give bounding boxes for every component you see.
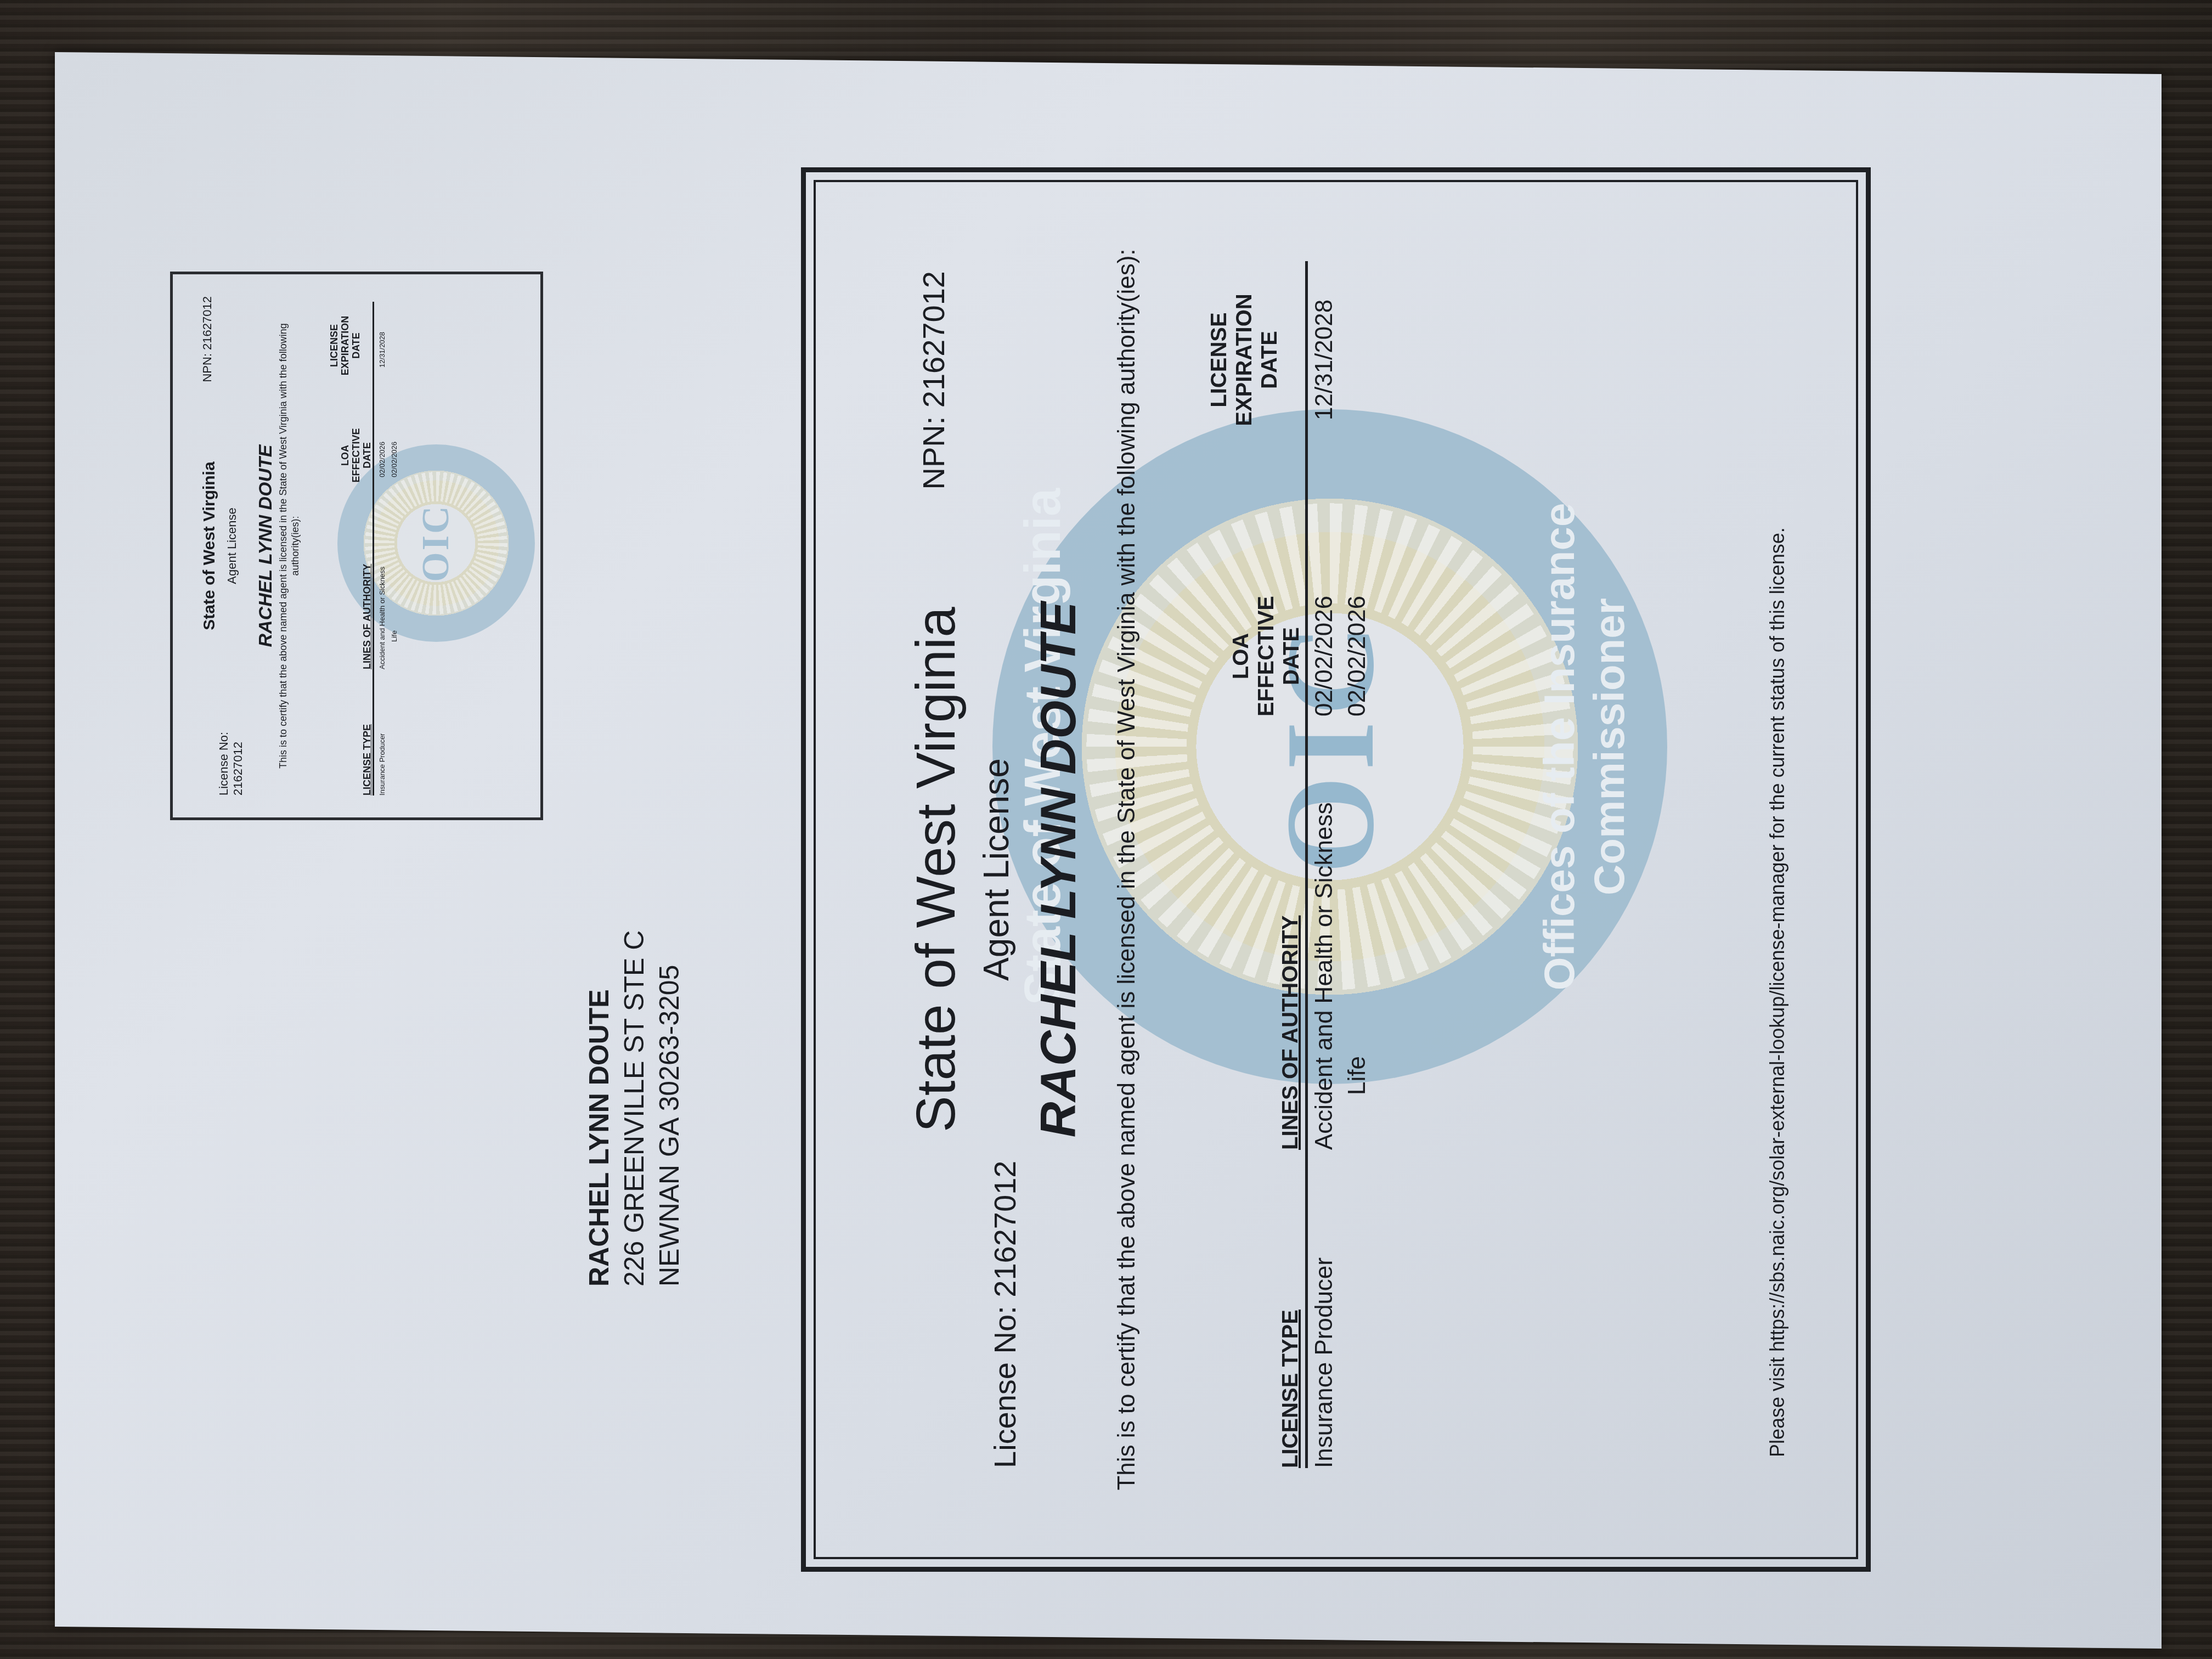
- seal-monogram: OIC: [414, 504, 458, 582]
- table-cell: 02/02/2026: [1311, 596, 1338, 716]
- table-header-rule: [1305, 261, 1308, 1468]
- seal-ring-bottom: Offices of the Insurance Commissioner: [1534, 409, 1634, 1084]
- col-loa-effective-date: LOA EFFECTIVE DATE: [1228, 579, 1304, 733]
- mailing-address: RACHEL LYNN DOUTE 226 GREENVILLE ST STE …: [582, 930, 687, 1286]
- card-table-rule: [373, 302, 374, 795]
- table-cell: Life: [1344, 1056, 1371, 1095]
- card-license-no: License No: 21627012: [217, 732, 245, 795]
- table-cell: 02/02/2026: [1344, 596, 1371, 716]
- col-license-expiration-date: LICENSE EXPIRATION DATE: [1206, 283, 1282, 437]
- card-cell: 02/02/2026: [390, 442, 398, 477]
- card-cell: 02/02/2026: [378, 442, 386, 477]
- card-npn: NPN: 21627012: [200, 296, 215, 382]
- card-col-loa-date: LOA EFFECTIVE DATE: [340, 422, 373, 488]
- wallet-card: OIC State of West Virginia Agent License…: [170, 272, 543, 820]
- card-cell: Life: [390, 630, 398, 642]
- license-number: License No: 21627012: [987, 1161, 1023, 1468]
- agent-name: RACHEL LYNN DOUTE: [1031, 172, 1087, 1567]
- col-license-type: LICENSE TYPE: [1278, 1310, 1303, 1468]
- card-cell: 12/31/2028: [378, 332, 386, 368]
- card-license-no-label: License No:: [217, 732, 231, 795]
- license-status-footer: Please visit https://sbs.naic.org/solar-…: [1766, 527, 1789, 1457]
- address-city: NEWNAN GA 30263-3205: [652, 930, 687, 1286]
- certify-statement: This is to certify that the above named …: [1113, 172, 1141, 1567]
- card-agent-name: RACHEL LYNN DOUTE: [255, 274, 276, 817]
- table-cell: Accident and Health or Sickness: [1311, 803, 1338, 1150]
- card-col-lines: LINES OF AUTHORITY: [362, 564, 373, 669]
- address-name: RACHEL LYNN DOUTE: [582, 930, 617, 1286]
- license-document: RACHEL LYNN DOUTE 226 GREENVILLE ST STE …: [55, 63, 2162, 1638]
- card-license-no-value: 21627012: [231, 732, 245, 795]
- card-cell: Accident and Health or Sickness: [378, 567, 386, 669]
- col-lines-of-authority: LINES OF AUTHORITY: [1278, 916, 1303, 1150]
- address-street: 226 GREENVILLE ST STE C: [617, 930, 652, 1286]
- card-cell: Insurance Producer: [378, 733, 386, 795]
- card-col-license-type: LICENSE TYPE: [362, 724, 373, 795]
- license-certificate: State of West Virginia OIC Offices of th…: [801, 167, 1871, 1572]
- card-certify-text: This is to certify that the above named …: [277, 318, 301, 774]
- table-cell: Insurance Producer: [1311, 1257, 1338, 1468]
- npn-number: NPN: 21627012: [916, 271, 951, 490]
- table-cell: 12/31/2028: [1311, 300, 1338, 420]
- card-col-exp-date: LICENSE EXPIRATION DATE: [329, 313, 362, 379]
